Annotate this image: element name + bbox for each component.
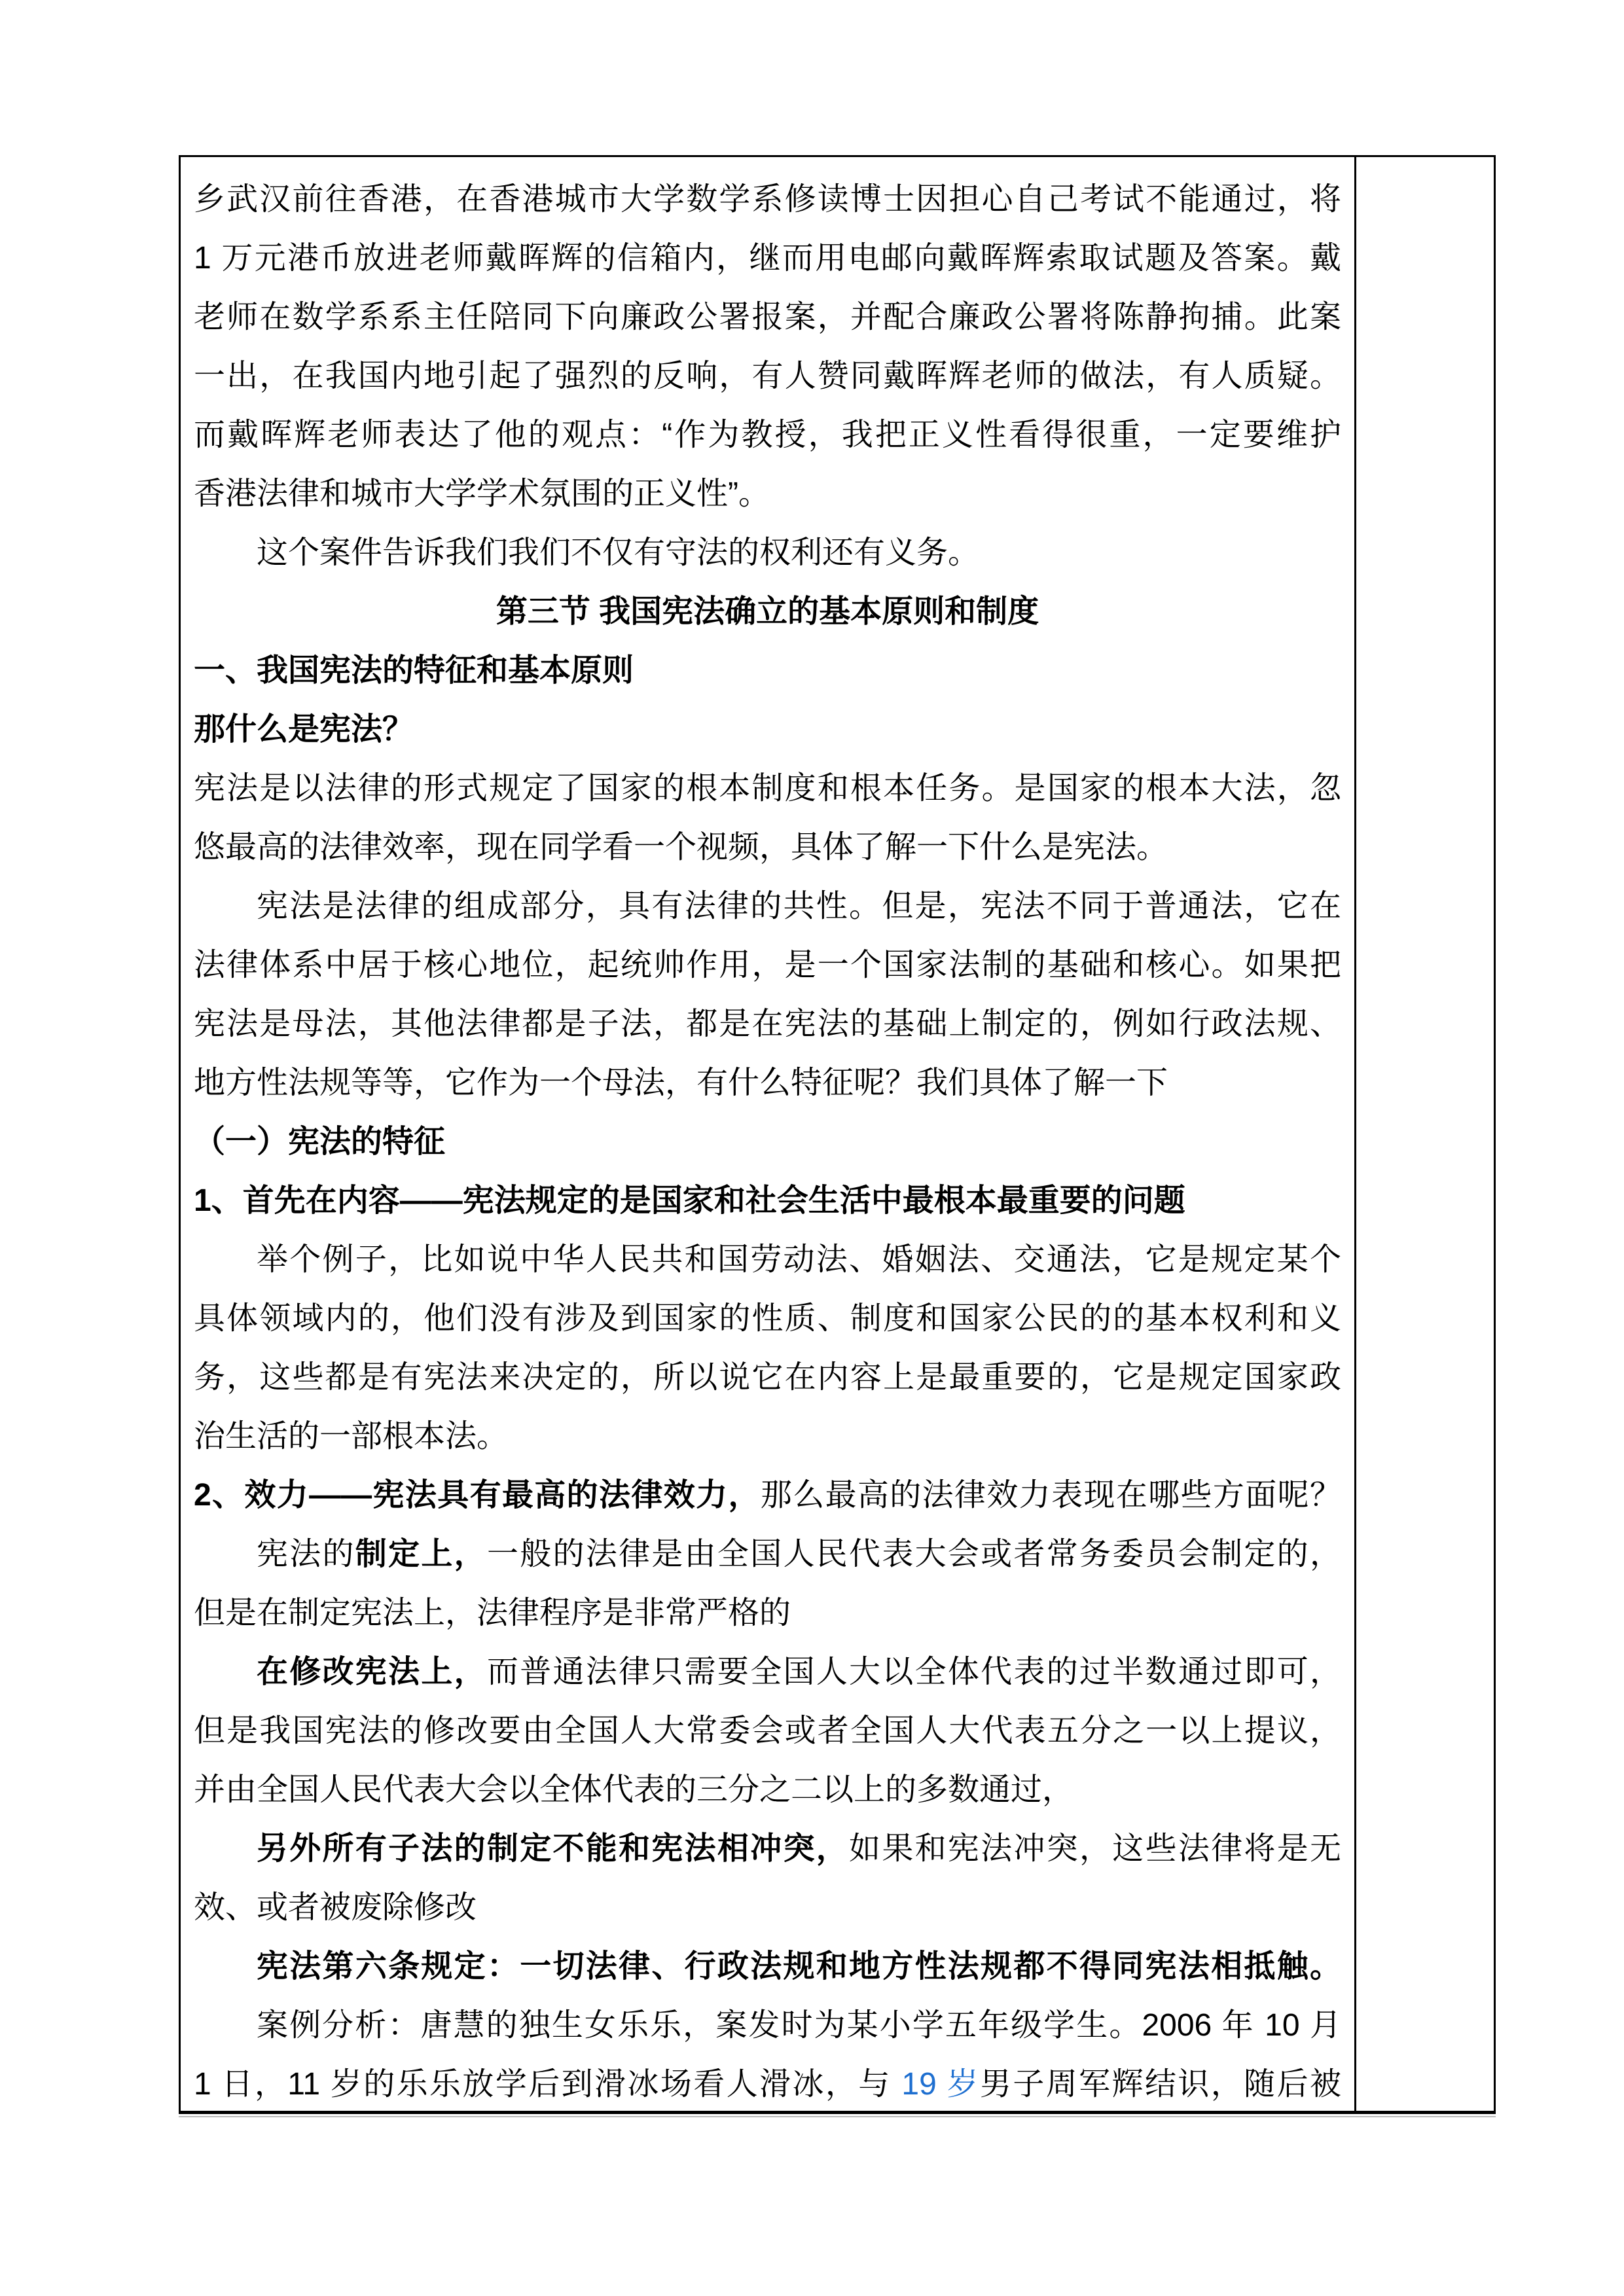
highlighted-age-text: 19 岁 [901,2067,980,2102]
text-segment: 香港法律和城市大学学术氛围的正义性”。 [194,476,770,511]
text-line: 并由全国人民代表大会以全体代表的三分之二以上的多数通过， [194,1761,1341,1820]
text-line: 宪法的制定上，一般的法律是由全国人民代表大会或者常务委员会制定的， [194,1525,1341,1584]
text-segment: 悠最高的法律效率，现在同学看一个视频，具体了解一下什么是宪法。 [194,830,1168,865]
content-table: 乡武汉前往香港，在香港城市大学数学系修读博士因担心自己考试不能通过，将1 万元港… [179,155,1496,2114]
text-segment: 法律体系中居于核心地位，起统帅作用，是一个国家法制的基础和核心。如果把 [194,948,1341,982]
text-line: 治生活的一部根本法。 [194,1407,1341,1466]
text-segment: 举个例子，比如说中华人民共和国劳动法、婚姻法、交通法，它是规定某个 [257,1242,1341,1277]
text-segment: 在修改宪法上， [257,1655,487,1689]
text-line: 香港法律和城市大学学术氛围的正义性”。 [194,465,1341,524]
text-line: 宪法是法律的组成部分，具有法律的共性。但是，宪法不同于普通法，它在 [194,877,1341,936]
text-segment: 1 日，11 岁的乐乐放学后到滑冰场看人滑冰，与 [194,2067,901,2102]
text-segment: 一、我国宪法的特征和基本原则 [194,653,634,688]
text-line: 宪法是母法，其他法律都是子法，都是在宪法的基础上制定的，例如行政法规、 [194,995,1341,1054]
text-segment: 具体领域内的，他们没有涉及到国家的性质、制度和国家公民的的基本权利和义 [194,1301,1341,1336]
text-segment: 一般的法律是由全国人民代表大会或者常务委员会制定的， [487,1537,1341,1571]
point-heading: 2、效力——宪法具有最高的法律效力，那么最高的法律效力表现在哪些方面呢？ [194,1466,1341,1525]
text-line: 举个例子，比如说中华人民共和国劳动法、婚姻法、交通法，它是规定某个 [194,1230,1341,1289]
text-segment: 如果和宪法冲突，这些法律将是无 [849,1831,1341,1866]
text-segment: 并由全国人民代表大会以全体代表的三分之二以上的多数通过， [194,1772,1074,1807]
text-segment: 宪法是母法，其他法律都是子法，都是在宪法的基础上制定的，例如行政法规、 [194,1007,1341,1041]
text-segment: 而戴晖辉老师表达了他的观点：“作为教授，我把正义性看得很重，一定要维护 [194,418,1341,452]
text-line: 而戴晖辉老师表达了他的观点：“作为教授，我把正义性看得很重，一定要维护 [194,406,1341,465]
text-line: 乡武汉前往香港，在香港城市大学数学系修读博士因担心自己考试不能通过，将 [194,170,1341,229]
point-heading: 1、首先在内容——宪法规定的是国家和社会生活中最根本最重要的问题 [194,1172,1341,1230]
text-segment: 1、首先在内容——宪法规定的是国家和社会生活中最根本最重要的问题 [194,1183,1185,1218]
text-segment: 这个案件告诉我们我们不仅有守法的权利还有义务。 [257,535,979,570]
text-segment: 但是在制定宪法上，法律程序是非常严格的 [194,1596,791,1630]
empty-side-cell [1356,157,1494,2111]
text-segment: 1 万元港币放进老师戴晖辉的信箱内，继而用电邮向戴晖辉索取试题及答案。戴 [194,241,1341,276]
text-line: 但是我国宪法的修改要由全国人大常委会或者全国人大代表五分之一以上提议， [194,1702,1341,1761]
text-line: 在修改宪法上，而普通法律只需要全国人大以全体代表的过半数通过即可， [194,1643,1341,1702]
article-citation: 宪法第六条规定：一切法律、行政法规和地方性法规都不得同宪法相抵触。 [194,1937,1341,1996]
document-page: 乡武汉前往香港，在香港城市大学数学系修读博士因担心自己考试不能通过，将1 万元港… [0,0,1624,2296]
text-line: 地方性法规等等，它作为一个母法，有什么特征呢？我们具体了解一下 [194,1054,1341,1113]
text-segment: 务，这些都是有宪法来决定的，所以说它在内容上是最重要的，它是规定国家政 [194,1360,1341,1395]
text-segment: 宪法的 [257,1537,355,1571]
text-line: 但是在制定宪法上，法律程序是非常严格的 [194,1584,1341,1643]
text-segment: 地方性法规等等，它作为一个母法，有什么特征呢？我们具体了解一下 [194,1066,1168,1100]
text-segment: 而普通法律只需要全国人大以全体代表的过半数通过即可， [487,1655,1341,1689]
subsection-heading: （一）宪法的特征 [194,1113,1341,1172]
text-segment: 效、或者被废除修改 [194,1890,477,1925]
text-segment: 案例分析：唐慧的独生女乐乐，案发时为某小学五年级学生。2006 年 10 月 [257,2008,1341,2043]
text-line: 效、或者被废除修改 [194,1878,1341,1937]
text-segment: 那么最高的法律效力表现在哪些方面呢？ [761,1478,1341,1513]
text-line: 另外所有子法的制定不能和宪法相冲突，如果和宪法冲突，这些法律将是无 [194,1820,1341,1878]
text-segment: 治生活的一部根本法。 [194,1419,508,1454]
text-segment: 但是我国宪法的修改要由全国人大常委会或者全国人大代表五分之一以上提议， [194,1713,1341,1748]
section-heading: 第三节 我国宪法确立的基本原则和制度 [194,583,1341,641]
main-text-cell: 乡武汉前往香港，在香港城市大学数学系修读博士因担心自己考试不能通过，将1 万元港… [181,157,1356,2111]
text-line: 一出，在我国内地引起了强烈的反响，有人赞同戴晖辉老师的做法，有人质疑。 [194,347,1341,406]
text-segment: 一出，在我国内地引起了强烈的反响，有人赞同戴晖辉老师的做法，有人质疑。 [194,359,1341,393]
text-line: 老师在数学系系主任陪同下向廉政公署报案，并配合廉政公署将陈静拘捕。此案 [194,288,1341,347]
text-segment: 那什么是宪法？ [194,712,414,747]
text-line: 法律体系中居于核心地位，起统帅作用，是一个国家法制的基础和核心。如果把 [194,936,1341,995]
text-line: 1 日，11 岁的乐乐放学后到滑冰场看人滑冰，与 19 岁男子周军辉结识，随后被 [194,2055,1341,2111]
text-segment: 第三节 我国宪法确立的基本原则和制度 [496,594,1039,629]
subsection-heading: 一、我国宪法的特征和基本原则 [194,641,1341,700]
text-segment: 宪法是法律的组成部分，具有法律的共性。但是，宪法不同于普通法，它在 [257,889,1341,924]
text-segment: 制定上， [355,1537,487,1571]
text-segment: 宪法是以法律的形式规定了国家的根本制度和根本任务。是国家的根本大法，忽 [194,771,1341,806]
text-segment: 男子周军辉结识，随后被 [980,2067,1341,2102]
text-line: 务，这些都是有宪法来决定的，所以说它在内容上是最重要的，它是规定国家政 [194,1348,1341,1407]
text-line: 1 万元港币放进老师戴晖辉的信箱内，继而用电邮向戴晖辉索取试题及答案。戴 [194,229,1341,288]
text-line: 这个案件告诉我们我们不仅有守法的权利还有义务。 [194,524,1341,583]
text-segment: 宪法第六条规定：一切法律、行政法规和地方性法规都不得同宪法相抵触。 [257,1949,1341,1984]
text-line: 案例分析：唐慧的独生女乐乐，案发时为某小学五年级学生。2006 年 10 月 [194,1996,1341,2055]
text-line: 具体领域内的，他们没有涉及到国家的性质、制度和国家公民的的基本权利和义 [194,1289,1341,1348]
text-line: 悠最高的法律效率，现在同学看一个视频，具体了解一下什么是宪法。 [194,818,1341,877]
text-segment: 乡武汉前往香港，在香港城市大学数学系修读博士因担心自己考试不能通过，将 [194,182,1341,217]
text-line: 宪法是以法律的形式规定了国家的根本制度和根本任务。是国家的根本大法，忽 [194,759,1341,818]
text-segment: 另外所有子法的制定不能和宪法相冲突， [257,1831,849,1866]
text-segment: 2、效力——宪法具有最高的法律效力， [194,1478,761,1513]
text-segment: （一）宪法的特征 [194,1124,445,1159]
question-heading: 那什么是宪法？ [194,700,1341,759]
text-segment: 老师在数学系系主任陪同下向廉政公署报案，并配合廉政公署将陈静拘捕。此案 [194,300,1341,334]
